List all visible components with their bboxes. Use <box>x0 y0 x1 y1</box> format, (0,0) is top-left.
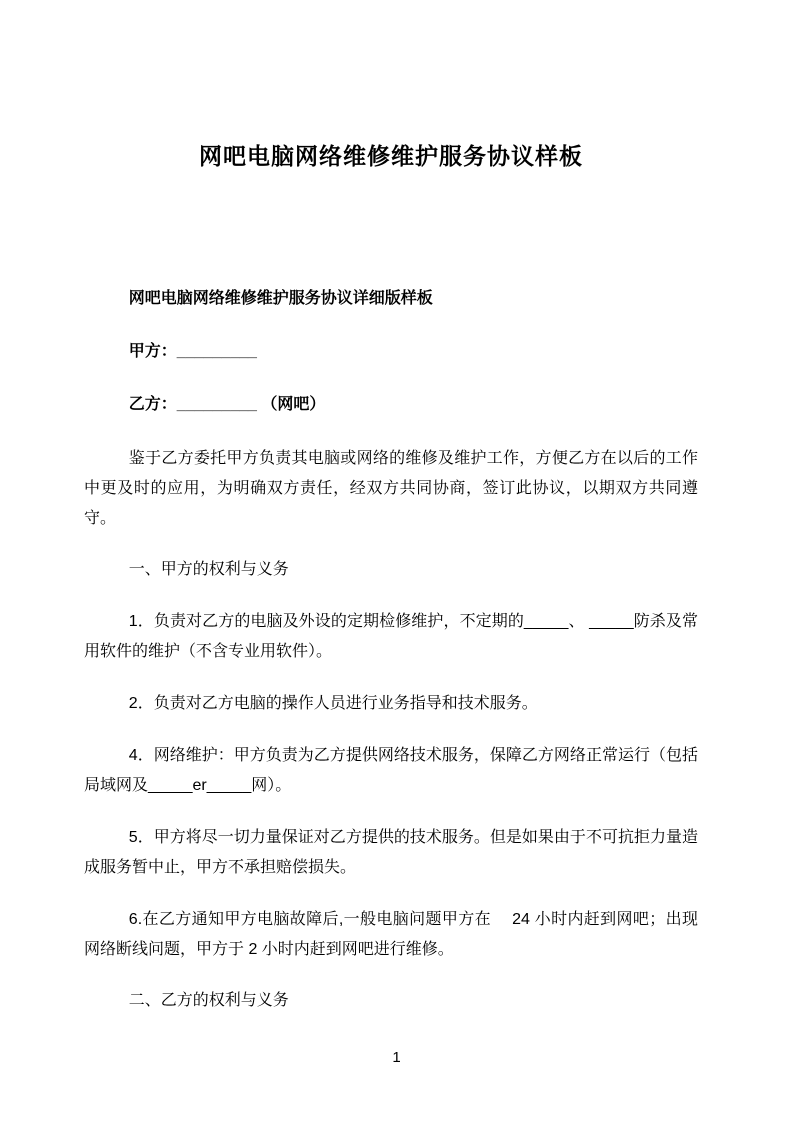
preamble-paragraph: 鉴于乙方委托甲方负责其电脑或网络的维修及维护工作，方便乙方在以后的工作中更及时的… <box>84 444 698 534</box>
party-b-line: 乙方：_________ （网吧） <box>84 390 698 420</box>
section-a-heading: 一、甲方的权利与义务 <box>84 555 698 585</box>
document-content: 网吧电脑网络维修维护服务协议样板 网吧电脑网络维修维护服务协议详细版样板 甲方：… <box>84 0 698 1016</box>
section-b-heading: 二、乙方的权利与义务 <box>84 986 698 1016</box>
clause-item-6: 6.在乙方通知甲方电脑故障后,一般电脑问题甲方在 24 小时内赶到网吧；出现网络… <box>84 905 698 965</box>
page-number: 1 <box>0 1048 793 1068</box>
document-page: 网吧电脑网络维修维护服务协议样板 网吧电脑网络维修维护服务协议详细版样板 甲方：… <box>0 0 793 1122</box>
party-a-line: 甲方：_________ <box>84 337 698 367</box>
clause-item-4: 4．网络维护：甲方负责为乙方提供网络技术服务，保障乙方网络正常运行（包括局域网及… <box>84 741 698 801</box>
page-title: 网吧电脑网络维修维护服务协议样板 <box>84 141 698 171</box>
document-subtitle: 网吧电脑网络维修维护服务协议详细版样板 <box>84 284 698 314</box>
clause-item-5: 5．甲方将尽一切力量保证对乙方提供的技术服务。但是如果由于不可抗拒力量造成服务暂… <box>84 823 698 883</box>
clause-item-2: 2．负责对乙方电脑的操作人员进行业务指导和技术服务。 <box>84 689 698 719</box>
clause-item-1: 1．负责对乙方的电脑及外设的定期检修维护，不定期的_____、 _____防杀及… <box>84 607 698 667</box>
